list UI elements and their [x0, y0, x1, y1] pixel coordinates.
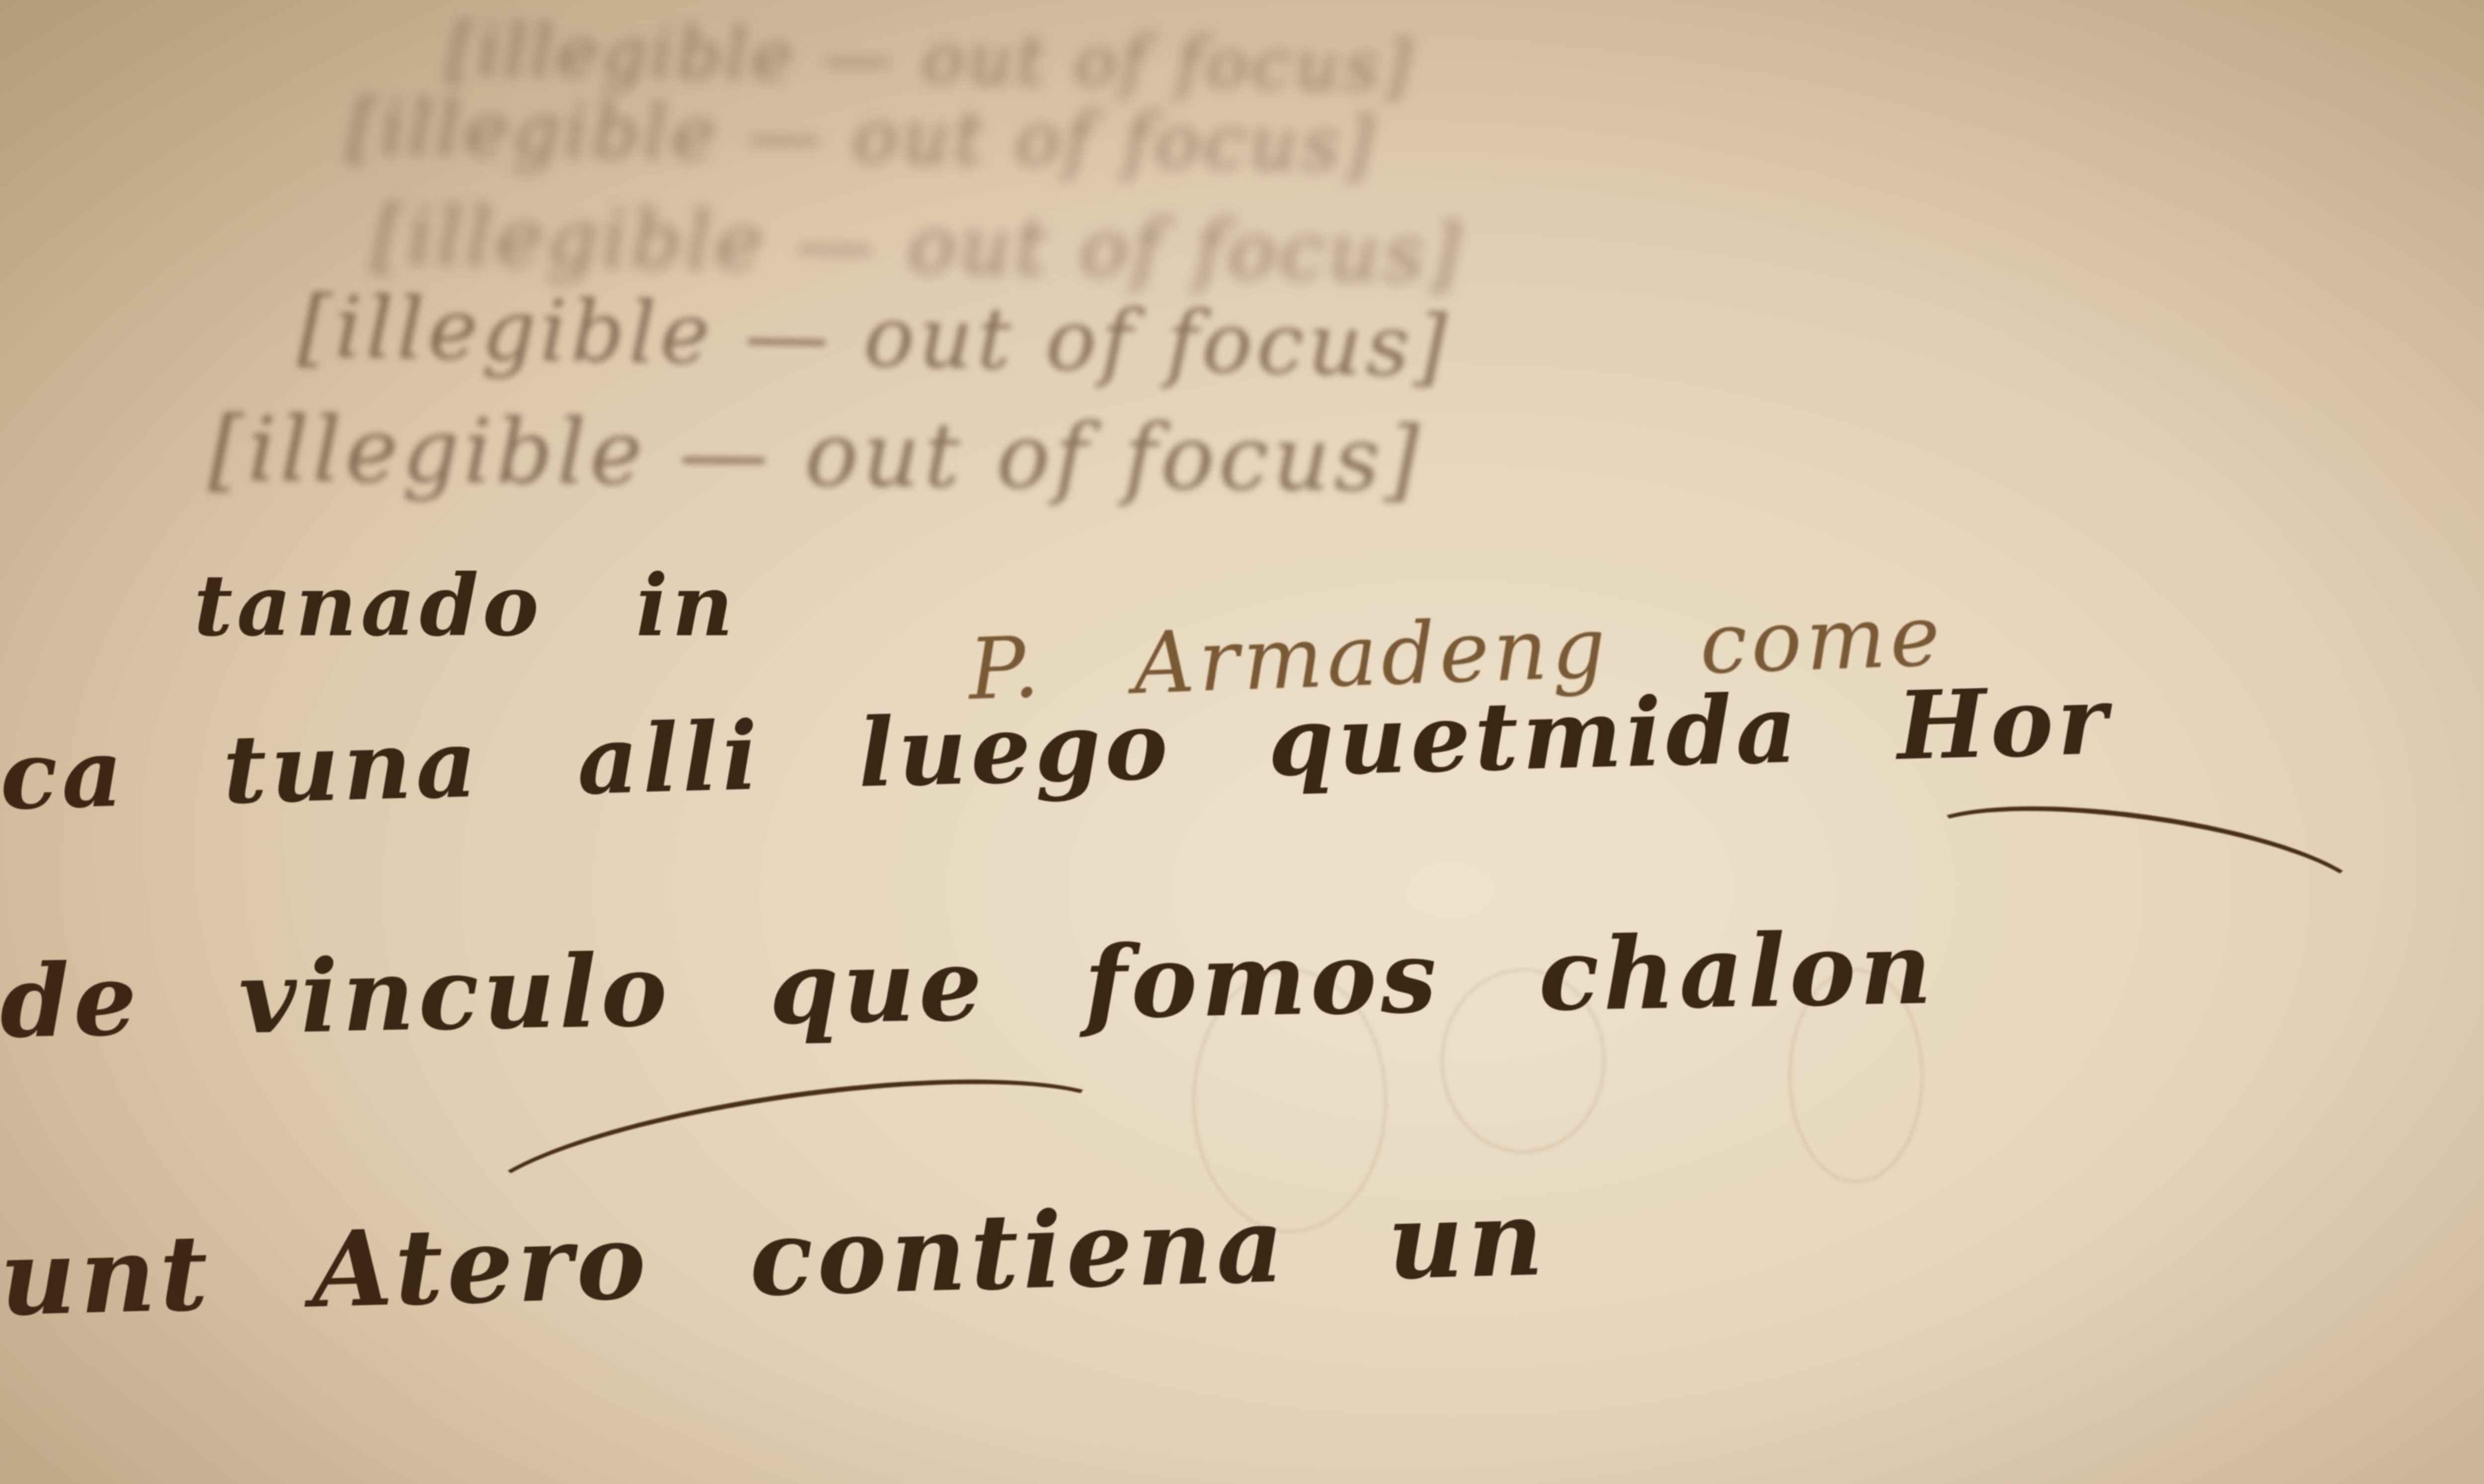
- manuscript-line-blurred: [illegible — out of focus]: [297, 278, 1451, 396]
- manuscript-word: tanado: [194, 556, 543, 656]
- manuscript-word: tuna: [222, 708, 482, 825]
- manuscript-word: quetmida: [1266, 673, 1802, 798]
- manuscript-line: tanado in: [194, 556, 797, 656]
- manuscript-word: ca: [0, 717, 128, 831]
- manuscript-word: un: [1386, 1176, 1549, 1303]
- manuscript-word: Hor: [1896, 665, 2112, 781]
- manuscript-line: de vinculo que fomos chalon: [0, 909, 1996, 1060]
- manuscript-word: vinculo: [238, 932, 672, 1056]
- manuscript-word: in: [636, 556, 737, 656]
- manuscript-line-blurred: [illegible — out of focus]: [347, 84, 1377, 189]
- manuscript-word: unt: [0, 1211, 213, 1339]
- manuscript-photo: [illegible — out of focus] [illegible — …: [0, 0, 2484, 1484]
- manuscript-line-blurred: [illegible — out of focus]: [208, 397, 1423, 512]
- manuscript-word: de: [0, 941, 142, 1060]
- manuscript-word: chalon: [1538, 910, 1937, 1034]
- manuscript-word: luego: [857, 689, 1173, 808]
- manuscript-word: alli: [576, 700, 763, 816]
- manuscript-word: fomos: [1083, 918, 1441, 1041]
- manuscript-word: que: [768, 926, 987, 1047]
